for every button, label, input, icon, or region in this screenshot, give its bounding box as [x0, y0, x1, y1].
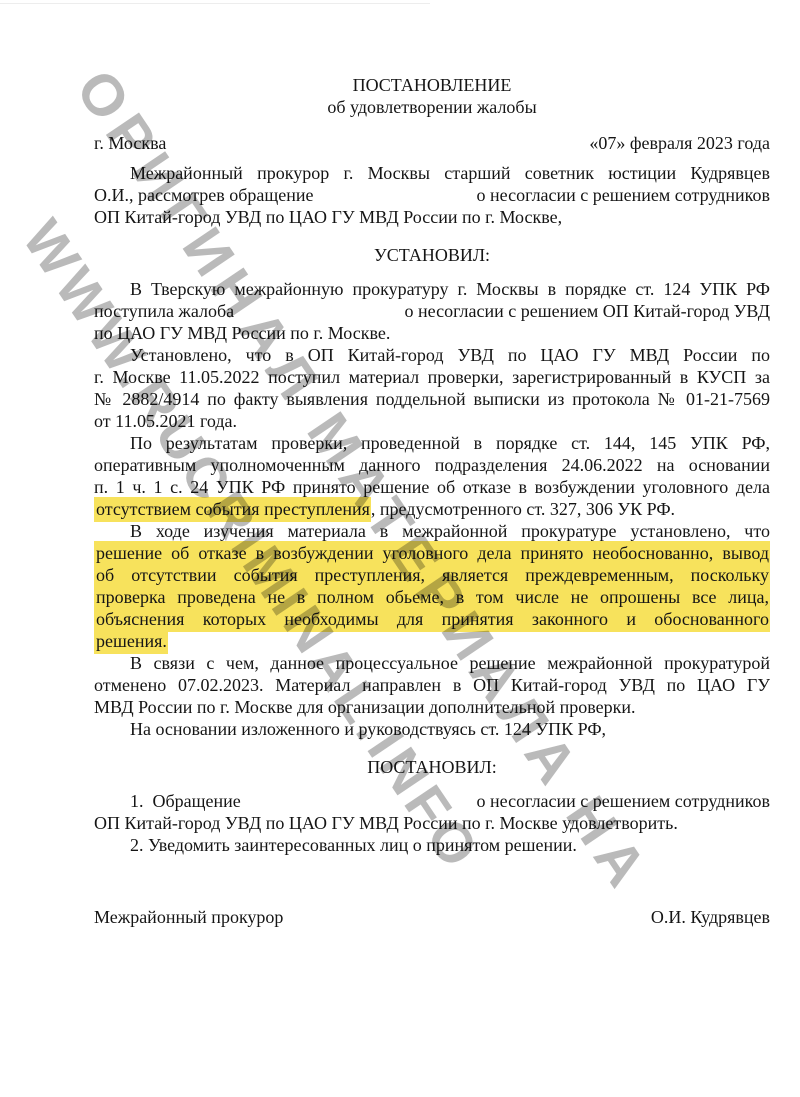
document-text: Межрайонный прокурор г. Москвы старший с… — [94, 162, 770, 856]
line-text: На основании изложенного и руководствуяс… — [130, 719, 606, 739]
line-text: оперативным уполномоченным данного подра… — [94, 455, 770, 475]
document-line: г. Москве 11.05.2022 поступил материал п… — [94, 366, 770, 388]
section-heading: УСТАНОВИЛ: — [94, 244, 770, 266]
document-line: ОП Китай-город УВД по ЦАО ГУ МВД России … — [94, 206, 770, 228]
line-text: ОП Китай-город УВД по ЦАО ГУ МВД России … — [94, 813, 678, 833]
signature-position: Межрайонный прокурор — [94, 906, 283, 928]
document-line: Межрайонный прокурор г. Москвы старший с… — [94, 162, 770, 184]
line-text: о несогласии с решением сотрудников — [477, 790, 770, 812]
document-line-redacted: О.И., рассмотрев обращениео несогласии с… — [94, 184, 770, 206]
place-date-row: г. Москва «07» февраля 2023 года — [94, 132, 770, 154]
document-line: На основании изложенного и руководствуяс… — [94, 718, 770, 740]
line-text: В связи с чем, данное процессуальное реш… — [130, 653, 770, 673]
highlighted-text: решения. — [94, 629, 168, 654]
document-line: ОП Китай-город УВД по ЦАО ГУ МВД России … — [94, 812, 770, 834]
line-text: по ЦАО ГУ МВД России по г. Москве. — [94, 323, 390, 343]
line-text: отменено 07.02.2023. Материал направлен … — [94, 675, 770, 695]
line-text: о несогласии с решением ОП Китай-город У… — [405, 300, 770, 322]
document-line: решения. — [94, 630, 770, 652]
signature-row: Межрайонный прокурор О.И. Кудрявцев — [94, 906, 770, 928]
document-line-redacted: 1. Обращениео несогласии с решением сотр… — [94, 790, 770, 812]
document-line: 2. Уведомить заинтересованных лиц о прин… — [94, 834, 770, 856]
line-text: поступила жалоба — [94, 300, 234, 322]
line-text: № 2882/4914 по факту выявления поддельно… — [94, 389, 770, 409]
document-line: отсутствием события преступления, предус… — [94, 498, 770, 520]
line-text: Межрайонный прокурор г. Москвы старший с… — [130, 163, 770, 183]
document-body: ПОСТАНОВЛЕНИЕ об удовлетворении жалобы г… — [94, 0, 770, 928]
document-line: объяснения которых необходимы для принят… — [94, 608, 770, 630]
signature-name: О.И. Кудрявцев — [651, 906, 770, 928]
line-text: от 11.05.2021 года. — [94, 411, 237, 431]
document-line: В связи с чем, данное процессуальное реш… — [94, 652, 770, 674]
line-text: г. Москве 11.05.2022 поступил материал п… — [94, 367, 770, 387]
section-heading: ПОСТАНОВИЛ: — [94, 756, 770, 778]
line-text: , предусмотренного ст. 327, 306 УК РФ. — [371, 499, 675, 519]
document-date: «07» февраля 2023 года — [589, 132, 770, 154]
line-text: Установлено, что в ОП Китай-город УВД по… — [130, 345, 770, 365]
document-line: Установлено, что в ОП Китай-город УВД по… — [94, 344, 770, 366]
document-line: В Тверскую межрайонную прокуратуру г. Мо… — [94, 278, 770, 300]
line-text: 1. Обращение — [130, 790, 241, 812]
line-text: 2. Уведомить заинтересованных лиц о прин… — [130, 835, 577, 855]
document-line: от 11.05.2021 года. — [94, 410, 770, 432]
document-line-redacted: поступила жалобао несогласии с решением … — [94, 300, 770, 322]
document-line: решение об отказе в возбуждении уголовно… — [94, 542, 770, 564]
line-text: п. 1 ч. 1 с. 24 УПК РФ принято решение о… — [94, 477, 770, 497]
highlighted-text: отсутствием события преступления — [94, 497, 371, 522]
line-text: По результатам проверки, проведенной в п… — [130, 433, 770, 453]
document-line: оперативным уполномоченным данного подра… — [94, 454, 770, 476]
line-text: МВД России по г. Москве для организации … — [94, 697, 636, 717]
line-text: О.И., рассмотрев обращение — [94, 184, 313, 206]
document-line: отменено 07.02.2023. Материал направлен … — [94, 674, 770, 696]
document-page: ПОСТАНОВЛЕНИЕ об удовлетворении жалобы г… — [0, 0, 800, 1097]
document-line: По результатам проверки, проведенной в п… — [94, 432, 770, 454]
document-line: п. 1 ч. 1 с. 24 УПК РФ принято решение о… — [94, 476, 770, 498]
highlighted-text: объяснения которых необходимы для принят… — [94, 607, 770, 632]
document-line: № 2882/4914 по факту выявления поддельно… — [94, 388, 770, 410]
document-line: по ЦАО ГУ МВД России по г. Москве. — [94, 322, 770, 344]
document-place: г. Москва — [94, 132, 166, 154]
document-title: ПОСТАНОВЛЕНИЕ — [94, 74, 770, 96]
document-line: В ходе изучения материала в межрайонной … — [94, 520, 770, 542]
line-text: ОП Китай-город УВД по ЦАО ГУ МВД России … — [94, 207, 562, 227]
document-subtitle: об удовлетворении жалобы — [94, 96, 770, 118]
line-text: В ходе изучения материала в межрайонной … — [130, 521, 770, 541]
document-line: проверка проведена не в полном обьеме, в… — [94, 586, 770, 608]
line-text: В Тверскую межрайонную прокуратуру г. Мо… — [130, 279, 770, 299]
document-line: МВД России по г. Москве для организации … — [94, 696, 770, 718]
document-line: об отсутствии события преступления, явля… — [94, 564, 770, 586]
line-text: о несогласии с решением сотрудников — [477, 184, 770, 206]
